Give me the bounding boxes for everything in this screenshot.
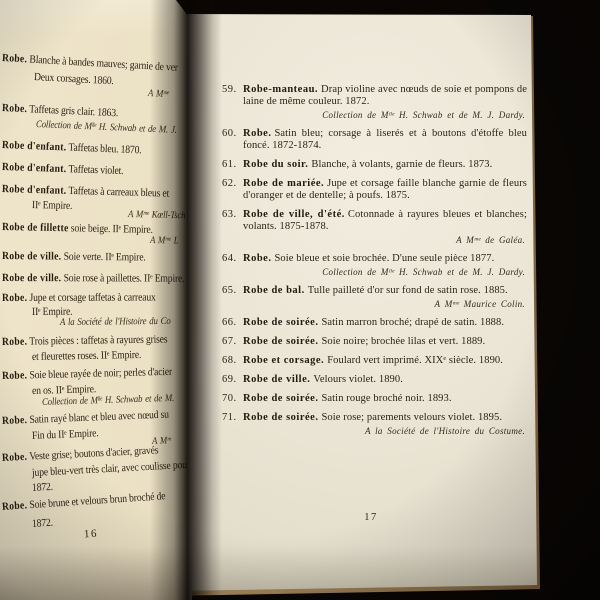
page-number: 16 — [84, 528, 99, 541]
entry-number: 69. — [222, 374, 237, 386]
catalog-line: Robe. Soie brune et velours brun broché … — [2, 490, 166, 513]
entry-attribution: Collection de Mˡˡᵉ H. Schwab et de M. J.… — [243, 267, 525, 278]
entry-number: 61. — [222, 159, 237, 171]
entry-title: Robe. — [243, 253, 271, 264]
catalog-line: Robe d'enfant. Taffetas bleu. 1870. — [2, 139, 142, 156]
catalog-line: Robe d'enfant. Taffetas à carreaux bleus… — [2, 183, 169, 200]
catalog-entry: 64.Robe.Soie bleue et soie brochée. D'un… — [243, 253, 527, 278]
entry-number: 62. — [222, 178, 237, 190]
catalog-line: 1872. — [32, 517, 54, 530]
entry-title: Robe de ville. — [243, 374, 310, 385]
catalog-entry: 68.Robe et corsage.Foulard vert imprimé.… — [243, 355, 527, 367]
page-number: 17 — [229, 512, 513, 523]
catalog-entry: 70.Robe de soirée.Satin rouge broché noi… — [243, 393, 527, 405]
entry-number: 65. — [222, 285, 237, 297]
entry-number: 59. — [222, 84, 237, 96]
catalog-line: Robe. Jupe et corsage taffetas à carreau… — [2, 291, 156, 304]
entry-title: Robe du soir. — [243, 159, 308, 170]
entry-description: Satin marron broché; drapé de satin. 188… — [321, 317, 504, 328]
catalog-line: A la Société de l'Histoire du Co — [60, 316, 171, 328]
entry-title: Robe de bal. — [243, 285, 305, 296]
entry-number: 60. — [222, 128, 237, 140]
entry-description: Soie rose; parements velours violet. 189… — [321, 412, 502, 423]
entry-number: 66. — [222, 317, 237, 329]
entry-attribution: A la Société de l'Histoire du Costume. — [243, 426, 525, 437]
book-photo: 59.Robe-manteau.Drap violine avec nœuds … — [0, 0, 600, 600]
entry-title: Robe et corsage. — [243, 355, 324, 366]
catalog-line: jupe bleu-vert très clair, avec coulisse… — [32, 459, 187, 479]
entry-title: Robe de soirée. — [243, 317, 318, 328]
catalog-line: Deux corsages. 1860. — [34, 71, 114, 87]
catalog-line: Fin du IIᵉ Empire. — [32, 427, 99, 442]
entry-number: 70. — [222, 393, 237, 405]
entry-title: Robe. — [243, 128, 271, 139]
entry-description: Blanche, à volants, garnie de fleurs. 18… — [311, 159, 492, 170]
catalog-entry: 63.Robe de ville, d'été.Cotonnade à rayu… — [243, 209, 527, 246]
catalog-line: Robe de fillette soie beige. IIᵉ Empire. — [2, 221, 153, 236]
catalog-entry: 67.Robe de soirée.Soie noire; brochée li… — [243, 336, 527, 348]
catalog-line: Robe. Trois pièces : taffetas à rayures … — [2, 333, 168, 348]
entry-number: 63. — [222, 209, 237, 221]
catalog-entry: 59.Robe-manteau.Drap violine avec nœuds … — [243, 84, 527, 121]
catalog-line: Robe. Blanche à bandes mauves; garnie de… — [2, 52, 179, 74]
catalog-entry: 61.Robe du soir.Blanche, à volants, garn… — [243, 159, 527, 171]
catalog-line: A Mᵐᵉ Kœll-Tsch — [128, 209, 186, 221]
right-page-text-column: 59.Robe-manteau.Drap violine avec nœuds … — [243, 84, 527, 444]
entry-title: Robe de ville, d'été. — [243, 209, 345, 220]
entry-description: Velours violet. 1890. — [313, 374, 403, 385]
catalog-line: et fleurettes roses. IIᵉ Empire. — [32, 349, 141, 363]
entry-title: Robe-manteau. — [243, 84, 318, 95]
catalog-entry: 60.Robe.Satin bleu; corsage à liserés et… — [243, 128, 527, 152]
entry-title: Robe de soirée. — [243, 393, 318, 404]
catalog-line: Robe. Taffetas gris clair. 1863. — [2, 102, 119, 119]
catalog-line: Robe. Soie bleue rayée de noir; perles d… — [2, 366, 172, 382]
entry-number: 64. — [222, 253, 237, 265]
catalog-line: Collection de Mˡˡᵉ H. Schwab et de M. J. — [36, 119, 177, 136]
entry-description: Soie bleue et soie brochée. D'une seule … — [274, 253, 494, 264]
entry-description: Satin rouge broché noir. 1893. — [321, 393, 451, 404]
catalog-line: 1872. — [32, 481, 54, 494]
entry-title: Robe de mariée. — [243, 178, 324, 189]
catalog-entry: 71.Robe de soirée.Soie rose; parements v… — [243, 412, 527, 437]
catalog-line: Robe d'enfant. Taffetas violet. — [2, 161, 124, 177]
entry-number: 68. — [222, 355, 237, 367]
entry-number: 67. — [222, 336, 237, 348]
entry-description: Tulle pailleté d'or sur fond de satin ro… — [308, 285, 508, 296]
entry-attribution: A Mᵐᵉ Maurice Colin. — [243, 299, 525, 310]
entry-title: Robe de soirée. — [243, 412, 318, 423]
entry-attribution: Collection de Mˡˡᵉ H. Schwab et de M. J.… — [243, 110, 525, 121]
catalog-line: Robe de ville. Soie verte. IIᵉ Empire. — [2, 250, 146, 264]
catalog-entry: 66.Robe de soirée.Satin marron broché; d… — [243, 317, 527, 329]
entry-description: Soie noire; brochée lilas et vert. 1889. — [321, 336, 485, 347]
left-page-text-column: Robe. Blanche à bandes mauves; garnie de… — [0, 0, 200, 600]
entry-description: Foulard vert imprimé. XIXᵉ siècle. 1890. — [327, 355, 503, 366]
entry-number: 71. — [222, 412, 237, 424]
catalog-entry: 65.Robe de bal.Tulle pailleté d'or sur f… — [243, 285, 527, 310]
entry-title: Robe de soirée. — [243, 336, 318, 347]
catalog-line: Robe. Satin rayé blanc et bleu avec nœud… — [2, 409, 169, 427]
catalog-entry: 69.Robe de ville.Velours violet. 1890. — [243, 374, 527, 386]
catalog-entry: 62.Robe de mariée.Jupe et corsage faille… — [243, 178, 527, 202]
catalog-line: A Mᵐᵉ — [148, 88, 169, 100]
catalog-line: IIᵉ Empire. — [32, 199, 73, 212]
catalog-line: A Mᵐᵉ L — [150, 235, 179, 246]
entry-attribution: A Mᵐᵉ de Galéa. — [243, 235, 525, 246]
catalog-line: Robe de ville. Soie rose à paillettes. I… — [2, 272, 184, 285]
entry-description: Satin bleu; corsage à liserés et à bouto… — [243, 128, 527, 151]
